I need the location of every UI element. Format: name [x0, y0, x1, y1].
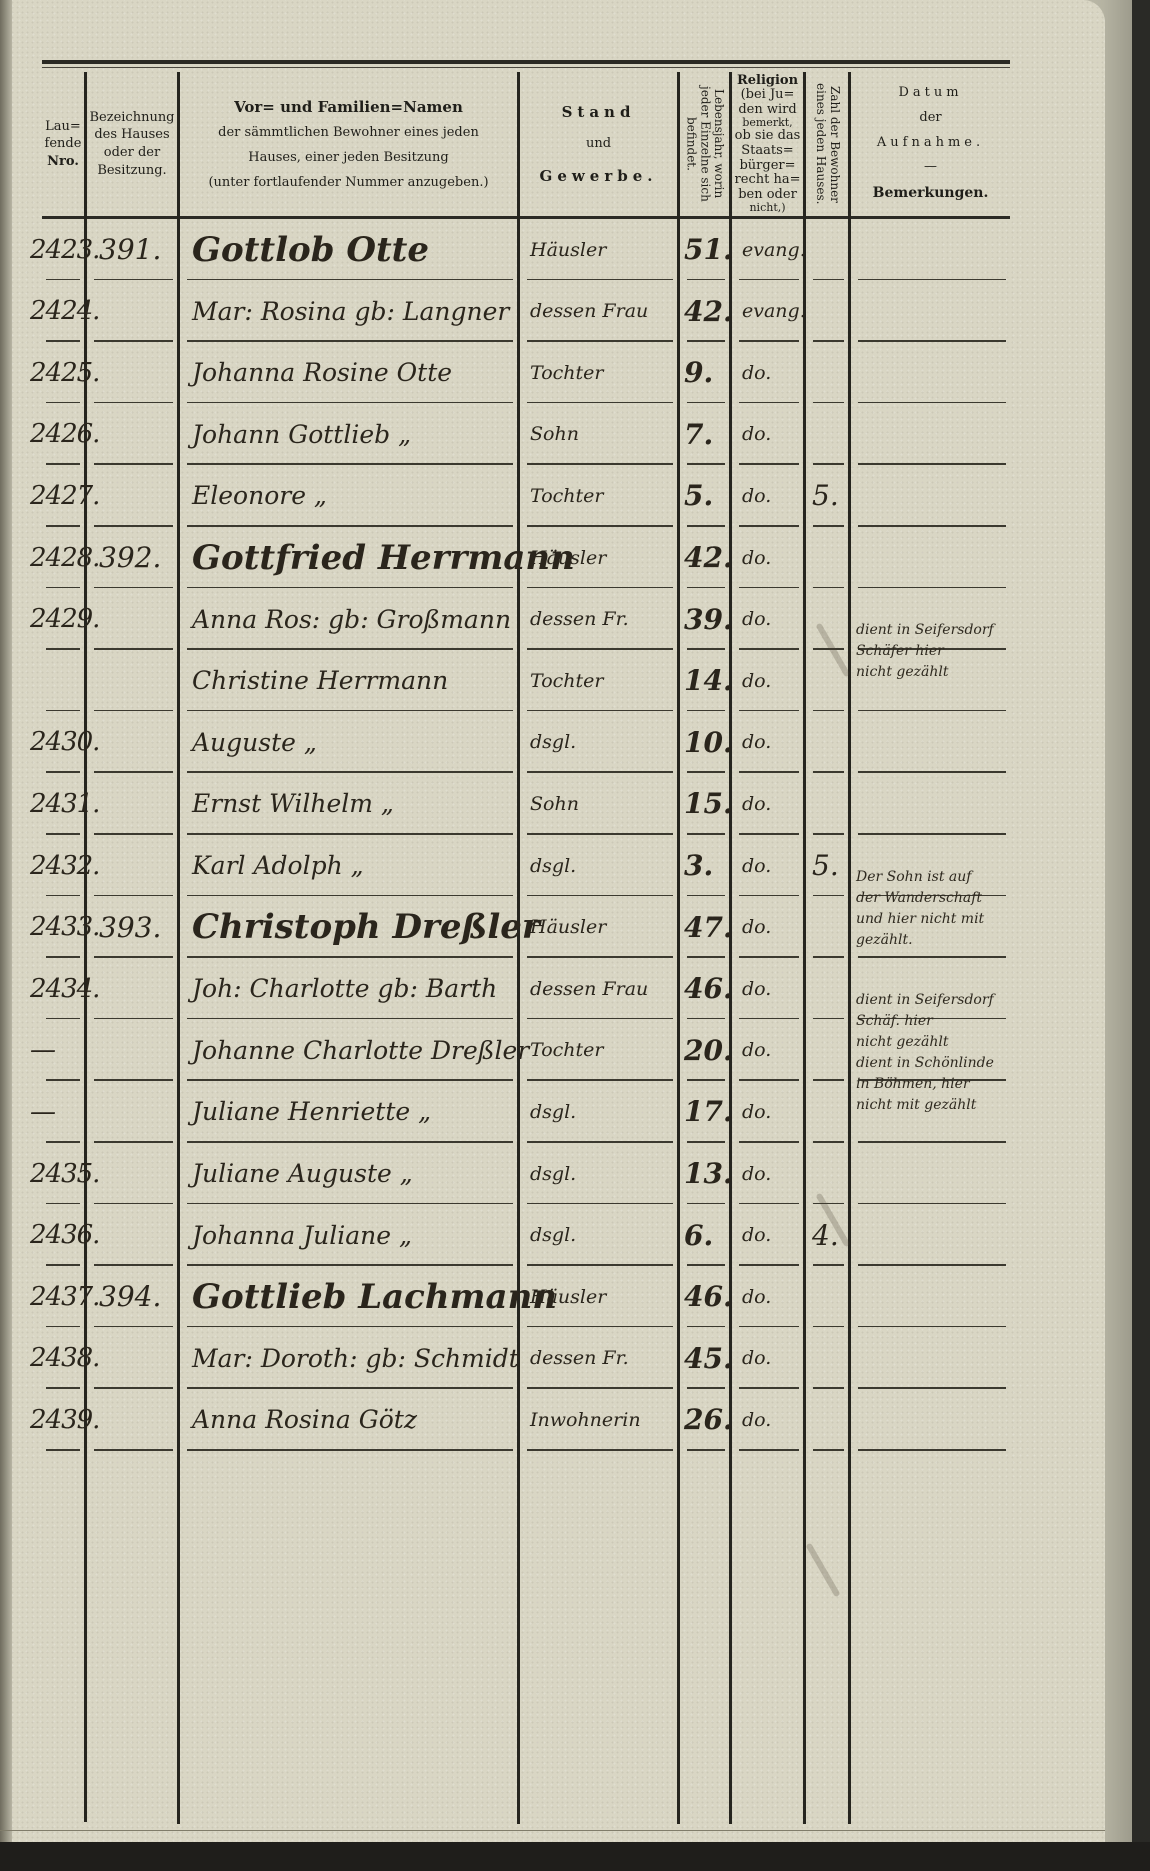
row-rule: [858, 463, 1006, 465]
header-text: der sämmtlichen Bewohner eines jeden: [218, 121, 479, 146]
status-trade-cell: Sohn: [520, 773, 687, 834]
household-count-cell: [806, 281, 854, 342]
resident-name-cell: Gottlieb Lachmann: [180, 1266, 529, 1327]
household-count-cell: [806, 712, 854, 773]
header-religion: Religion (bei Ju= den wird bemerkt, ob s…: [732, 72, 803, 216]
status-trade-cell: dessen Frau: [520, 281, 687, 342]
status-trade-cell: dsgl.: [520, 712, 687, 773]
status-trade-cell: Tochter: [520, 1020, 687, 1081]
header-text: Lebensjahr, worin jeder Einzelne sich be…: [684, 74, 725, 214]
resident-name-cell: Juliane Auguste „: [180, 1143, 529, 1204]
status-trade-cell: dessen Fr.: [520, 589, 687, 650]
header-house-designation: Bezeichnung des Hauses oder der Besitzun…: [87, 72, 177, 216]
header-text: fende: [45, 135, 82, 153]
age-cell: 6.: [680, 1205, 733, 1266]
row-rule: [858, 1141, 1006, 1143]
status-trade-cell: Tochter: [520, 465, 687, 526]
age-cell: 42.: [680, 281, 733, 342]
row-rule: [858, 402, 1006, 404]
age-cell: 45.: [680, 1328, 733, 1389]
resident-name-cell: Christine Herrmann: [180, 650, 529, 711]
age-cell: 15.: [680, 773, 733, 834]
age-cell: 17.: [680, 1081, 733, 1142]
status-trade-cell: dsgl.: [520, 1081, 687, 1142]
house-number-cell: [87, 1328, 189, 1389]
header-text: (bei Ju=: [741, 88, 795, 103]
header-text: Nro.: [47, 153, 79, 171]
resident-name-cell: Christoph Dreßler: [180, 897, 529, 958]
house-number-cell: [87, 1081, 189, 1142]
header-text: Besitzung.: [97, 162, 166, 180]
header-title: Stand: [562, 95, 636, 130]
row-rule: [858, 956, 1006, 958]
household-count-cell: [806, 1143, 854, 1204]
house-number-cell: 393.: [87, 897, 189, 958]
age-cell: 46.: [680, 958, 733, 1019]
age-cell: 20.: [680, 1020, 733, 1081]
age-cell: 46.: [680, 1266, 733, 1327]
religion-cell: do.: [732, 1328, 813, 1389]
religion-cell: do.: [732, 465, 813, 526]
header-running-number: Lau= fende Nro.: [42, 72, 84, 216]
household-count-cell: [806, 527, 854, 588]
ink-smudge: [805, 1543, 840, 1598]
house-number-cell: [87, 650, 189, 711]
row-rule: [858, 1449, 1006, 1451]
header-date-remarks: Datum der Aufnahme. — Bemerkungen.: [851, 72, 1010, 216]
household-count-cell: [806, 1328, 854, 1389]
header-title: Gewerbe.: [540, 159, 658, 194]
status-trade-cell: Häusler: [520, 1266, 687, 1327]
resident-name-cell: Ernst Wilhelm „: [180, 773, 529, 834]
household-count-cell: [806, 958, 854, 1019]
resident-name-cell: Anna Ros: gb: Großmann: [180, 589, 529, 650]
status-trade-cell: Sohn: [520, 404, 687, 465]
header-text: ob sie das: [735, 129, 801, 144]
house-number-cell: [87, 1205, 189, 1266]
header-text: den wird: [738, 103, 796, 118]
resident-name-cell: Mar: Rosina gb: Langner: [180, 281, 529, 342]
religion-cell: do.: [732, 1020, 813, 1081]
header-household-count: Zahl der Bewohner eines jeden Hauses.: [806, 72, 848, 216]
religion-cell: evang.: [732, 281, 813, 342]
header-text: Religion: [737, 74, 798, 89]
header-text: recht ha=: [735, 173, 801, 188]
remark-note: dient in Seifersdorf Schäfer hier nicht …: [856, 620, 994, 683]
resident-name-cell: Joh: Charlotte gb: Barth: [180, 958, 529, 1019]
status-trade-cell: dessen Fr.: [520, 1328, 687, 1389]
age-cell: 39.: [680, 589, 733, 650]
resident-name-cell: Johanna Rosine Otte: [180, 342, 529, 403]
resident-name-cell: Auguste „: [180, 712, 529, 773]
header-text: Datum: [898, 81, 962, 106]
top-rule-thin: [42, 67, 1010, 68]
status-trade-cell: dsgl.: [520, 835, 687, 896]
religion-cell: do.: [732, 1205, 813, 1266]
status-trade-cell: Tochter: [520, 342, 687, 403]
header-text: Bezeichnung: [89, 109, 174, 127]
household-count-cell: [806, 650, 854, 711]
house-number-cell: 391.: [87, 219, 189, 280]
household-count-cell: [806, 219, 854, 280]
age-cell: 3.: [680, 835, 733, 896]
household-count-cell: 5.: [806, 465, 854, 526]
religion-cell: do.: [732, 1266, 813, 1327]
header-title: Vor= und Familien=Namen: [234, 93, 463, 122]
status-trade-cell: Häusler: [520, 219, 687, 280]
house-number-cell: [87, 773, 189, 834]
register-page: Lau= fende Nro. Bezeichnung des Hauses o…: [0, 0, 1105, 1842]
status-trade-cell: Inwohnerin: [520, 1389, 687, 1450]
religion-cell: do.: [732, 1081, 813, 1142]
row-rule: [858, 710, 1006, 712]
religion-cell: do.: [732, 527, 813, 588]
status-trade-cell: Häusler: [520, 527, 687, 588]
resident-name-cell: Gottlob Otte: [180, 219, 529, 280]
religion-cell: do.: [732, 773, 813, 834]
header-text: Aufnahme.: [877, 131, 984, 156]
house-number-cell: [87, 712, 189, 773]
household-count-cell: [806, 404, 854, 465]
household-count-cell: [806, 342, 854, 403]
row-rule: [858, 340, 1006, 342]
header-text: —: [924, 155, 937, 180]
age-cell: 26.: [680, 1389, 733, 1450]
religion-cell: do.: [732, 1389, 813, 1450]
remark-note: dient in Seifersdorf Schäf. hier nicht g…: [856, 990, 994, 1116]
religion-cell: evang.: [732, 219, 813, 280]
header-text: oder der: [104, 144, 160, 162]
religion-cell: do.: [732, 404, 813, 465]
house-number-cell: [87, 1143, 189, 1204]
header-text: ben oder: [738, 188, 797, 203]
age-cell: 13.: [680, 1143, 733, 1204]
house-number-cell: [87, 465, 189, 526]
bottom-rule: [0, 1830, 1105, 1831]
status-trade-cell: dessen Frau: [520, 958, 687, 1019]
resident-name-cell: Johann Gottlieb „: [180, 404, 529, 465]
book-binding: [0, 0, 12, 1842]
religion-cell: do.: [732, 835, 813, 896]
religion-cell: do.: [732, 589, 813, 650]
household-count-cell: [806, 1020, 854, 1081]
top-rule: [42, 60, 1010, 64]
remark-note: Der Sohn ist auf der Wanderschaft und hi…: [856, 867, 984, 951]
header-names: Vor= und Familien=Namen der sämmtlichen …: [180, 72, 517, 216]
row-rule: [46, 1449, 80, 1451]
resident-name-cell: Gottfried Herrmann: [180, 527, 529, 588]
resident-name-cell: Eleonore „: [180, 465, 529, 526]
row-rule: [858, 1203, 1006, 1205]
house-number-cell: [87, 404, 189, 465]
resident-name-cell: Anna Rosina Götz: [180, 1389, 529, 1450]
resident-name-cell: Johanne Charlotte Dreßler: [180, 1020, 529, 1081]
household-count-cell: [806, 773, 854, 834]
row-rule: [527, 1449, 673, 1451]
age-cell: 51.: [680, 219, 733, 280]
row-rule: [858, 1387, 1006, 1389]
header-text: des Hauses: [94, 126, 169, 144]
religion-cell: do.: [732, 342, 813, 403]
row-rule: [187, 1449, 513, 1451]
header-age: Lebensjahr, worin jeder Einzelne sich be…: [680, 72, 729, 216]
religion-cell: do.: [732, 650, 813, 711]
header-status-trade: Stand und Gewerbe.: [520, 72, 677, 216]
household-count-cell: [806, 897, 854, 958]
row-rule: [687, 1449, 725, 1451]
household-count-cell: 5.: [806, 835, 854, 896]
house-number-cell: [87, 1389, 189, 1450]
row-rule: [858, 1264, 1006, 1266]
row-rule: [858, 1326, 1006, 1328]
header-text: nicht,): [749, 202, 785, 214]
row-rule: [858, 771, 1006, 773]
age-cell: 10.: [680, 712, 733, 773]
house-number-cell: [87, 342, 189, 403]
religion-cell: do.: [732, 1143, 813, 1204]
age-cell: 5.: [680, 465, 733, 526]
house-number-cell: [87, 589, 189, 650]
row-rule: [739, 1449, 799, 1451]
age-cell: 7.: [680, 404, 733, 465]
age-cell: 9.: [680, 342, 733, 403]
header-text: Staats=: [741, 144, 793, 159]
row-rule: [858, 279, 1006, 281]
resident-name-cell: Johanna Juliane „: [180, 1205, 529, 1266]
household-count-cell: [806, 1081, 854, 1142]
header-text: der: [919, 106, 941, 131]
status-trade-cell: Häusler: [520, 897, 687, 958]
house-number-cell: [87, 281, 189, 342]
household-count-cell: [806, 1266, 854, 1327]
row-rule: [858, 833, 1006, 835]
house-number-cell: [87, 958, 189, 1019]
book-bottom-edge: [0, 1842, 1150, 1871]
row-rule: [813, 1449, 844, 1451]
house-number-cell: [87, 835, 189, 896]
row-rule: [94, 1449, 173, 1451]
status-trade-cell: dsgl.: [520, 1205, 687, 1266]
religion-cell: do.: [732, 712, 813, 773]
house-number-cell: 392.: [87, 527, 189, 588]
row-rule: [858, 587, 1006, 589]
household-count-cell: [806, 1389, 854, 1450]
status-trade-cell: Tochter: [520, 650, 687, 711]
resident-name-cell: Karl Adolph „: [180, 835, 529, 896]
resident-name-cell: Mar: Doroth: gb: Schmidt: [180, 1328, 529, 1389]
header-text: (unter fortlaufender Nummer anzugeben.): [208, 171, 488, 196]
header-text: Bemerkungen.: [873, 180, 989, 207]
header-text: und: [586, 129, 611, 159]
header-text: Hauses, einer jeden Besitzung: [248, 146, 448, 171]
age-cell: 47.: [680, 897, 733, 958]
resident-name-cell: Juliane Henriette „: [180, 1081, 529, 1142]
age-cell: 14.: [680, 650, 733, 711]
house-number-cell: 394.: [87, 1266, 189, 1327]
religion-cell: do.: [732, 958, 813, 1019]
header-text: Zahl der Bewohner eines jeden Hauses.: [813, 74, 841, 214]
status-trade-cell: dsgl.: [520, 1143, 687, 1204]
row-rule: [858, 525, 1006, 527]
header-text: bürger=: [739, 159, 795, 174]
house-number-cell: [87, 1020, 189, 1081]
age-cell: 42.: [680, 527, 733, 588]
header-text: Lau=: [45, 118, 81, 136]
religion-cell: do.: [732, 897, 813, 958]
